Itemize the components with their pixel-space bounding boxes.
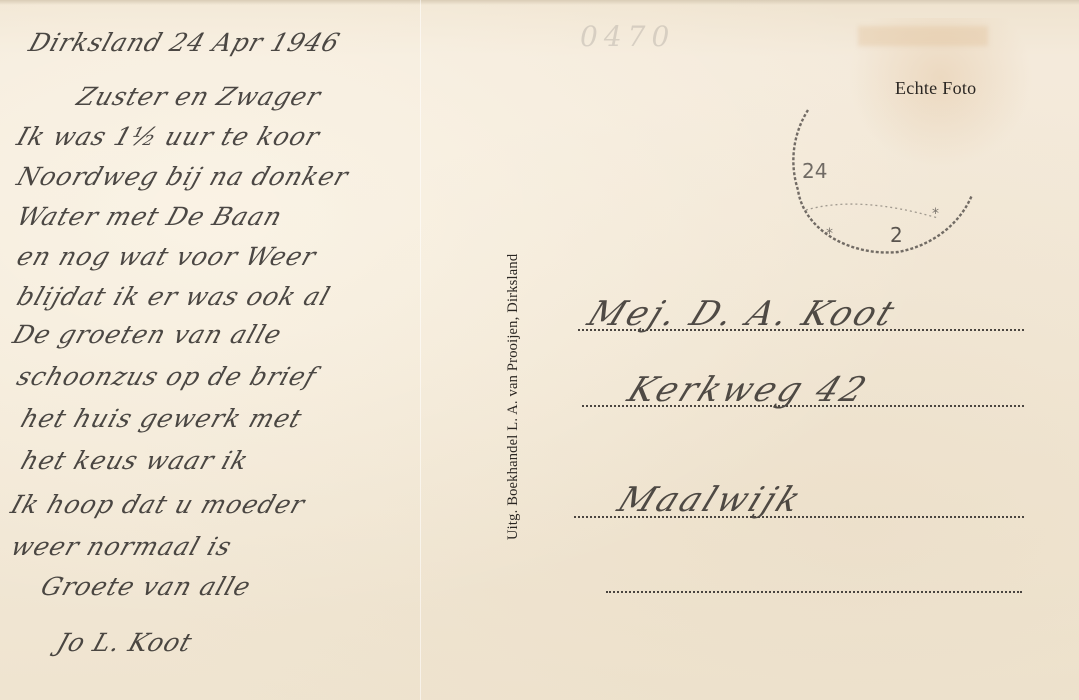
message-line: blijdat ik er was ook al	[13, 282, 334, 311]
red-ink-mark: ✕	[778, 100, 780, 114]
stamp-residue-bar	[858, 26, 988, 46]
message-line: het keus waar ik	[17, 446, 252, 475]
address-dotted-line-4	[606, 591, 1022, 593]
card-top-edge	[0, 0, 1079, 5]
message-line: Groete van alle	[37, 572, 255, 601]
message-line: De groeten van alle	[9, 320, 286, 349]
postmark-star-left: *	[826, 226, 833, 242]
photo-label: Echte Foto	[895, 78, 977, 99]
postmark-star-right: *	[932, 206, 939, 222]
pencil-note: 0470	[580, 20, 675, 53]
message-line: weer normaal is	[7, 532, 236, 561]
signature: Jo L. Koot	[53, 628, 196, 657]
message-line: het huis gewerk met	[17, 404, 306, 433]
message-line: Noordweg bij na donker	[13, 162, 352, 191]
message-line: Ik was 1½ uur te koor	[13, 122, 324, 151]
message-line: Ik hoop dat u moeder	[7, 490, 309, 519]
address-block: Mej. D. A. Koot Kerkweg 42 Maalwijk	[570, 280, 1030, 600]
message-line: schoonzus op de brief	[13, 362, 320, 391]
address-dotted-line-2	[582, 405, 1024, 407]
publisher-imprint: Uitg. Boekhandel L. A. van Prooijen, Dir…	[505, 254, 522, 540]
address-city: Maalwijk	[612, 480, 810, 520]
message-line: Water met De Baan	[13, 202, 286, 231]
postmark-icon: 24 * 2 * ✕	[778, 100, 976, 260]
divider-line	[420, 0, 421, 700]
message-line: Zuster en Zwager	[73, 82, 325, 111]
message-line: en nog wat voor Weer	[13, 242, 320, 271]
address-dotted-line-1	[578, 329, 1024, 331]
address-street: Kerkweg 42	[622, 370, 875, 410]
address-dotted-line-3	[574, 516, 1024, 518]
postmark-number: 2	[890, 223, 903, 247]
postmark-day: 24	[802, 159, 827, 183]
address-recipient: Mej. D. A. Koot	[582, 294, 903, 334]
postcard-back: Dirksland 24 Apr 1946 Zuster en Zwager I…	[0, 0, 1079, 700]
message-line: Dirksland 24 Apr 1946	[25, 28, 344, 57]
